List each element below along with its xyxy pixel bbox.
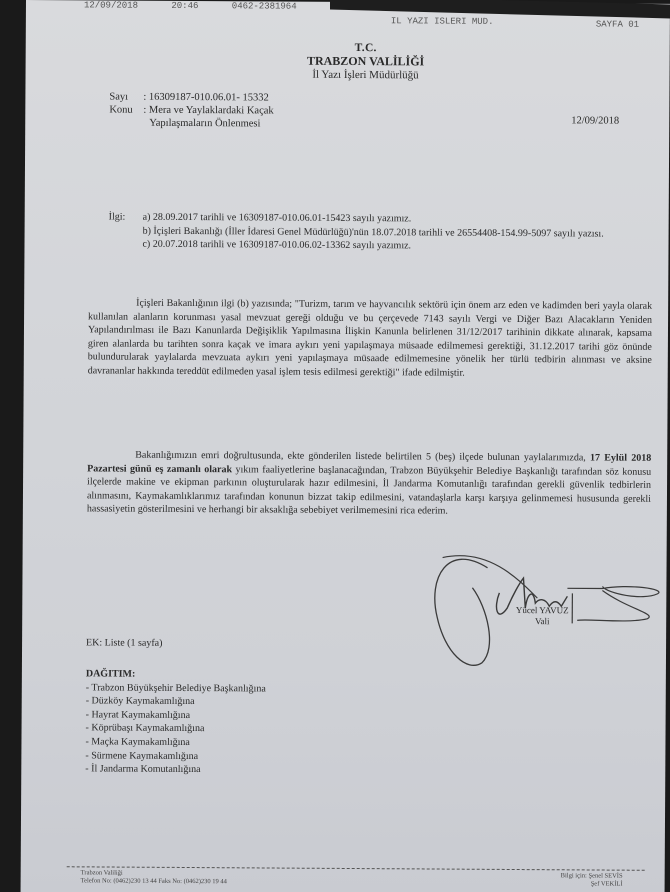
footer-info-title: Şef VEKİLİ <box>561 880 623 888</box>
distribution-item: - Hayrat Kaymakamlığına <box>86 708 266 723</box>
body-paragraph-2: Bakanlığımızın emri doğrultusunda, ekte … <box>87 448 651 519</box>
signatory-name: Yücel YAVUZ <box>502 605 582 616</box>
distribution-item: - Maçka Kaymakamlığına <box>85 735 265 750</box>
footer-contact: Trabzon Valiliği Telefon No: (0462)230 1… <box>81 869 227 886</box>
paragraph-text: Bakanlığımızın emri doğrultusunda, ekte … <box>135 450 590 464</box>
signatory-title: Vali <box>502 616 582 627</box>
fax-date: 12/09/2018 <box>84 0 138 10</box>
sayi-label: Sayı <box>109 91 143 104</box>
distribution-item: - Köprübaşı Kaymakamlığına <box>86 722 266 737</box>
reference-label: İlgi: <box>109 211 126 225</box>
konu-value-cont: Yapılaşmaların Önlenmesi <box>149 117 260 131</box>
distribution-list: DAĞITIM: - Trabzon Büyükşehir Belediye B… <box>85 667 266 777</box>
konu-value: : Mera ve Yaylaklardaki Kaçak <box>143 104 273 118</box>
fax-time: 20:46 <box>171 1 198 11</box>
konu-label: Konu <box>109 104 143 117</box>
sayi-value: : 16309187-010.06.01- 15332 <box>143 91 268 105</box>
distribution-item: - Trabzon Büyükşehir Belediye Başkanlığı… <box>86 681 266 696</box>
directorate-name: İl Yazı İşleri Müdürlüğü <box>62 67 670 83</box>
footer-phone: Telefon No: (0462)230 13 44 Faks No: (04… <box>81 877 227 886</box>
signatory: Yücel YAVUZ Vali <box>502 605 582 627</box>
footer-info-contact: Bilgi için: Şenel SEVİS <box>561 872 623 880</box>
fax-header: 12/09/2018 20:46 0462-2381964 <box>84 0 325 11</box>
fax-page-number: SAYFA 01 <box>596 19 639 29</box>
distribution-item: - İl Jandarma Komutanlığına <box>85 763 265 778</box>
document-page: 12/09/2018 20:46 0462-2381964 IL YAZI IS… <box>21 0 670 892</box>
fax-phone: 0462-2381964 <box>232 1 297 11</box>
distribution-title: DAĞITIM: <box>86 667 266 682</box>
attachment-note: EK: Liste (1 sayfa) <box>86 637 162 648</box>
distribution-item: - Düzköy Kaymakamlığına <box>86 695 266 710</box>
footer-info: Bilgi için: Şenel SEVİS Şef VEKİLİ <box>561 872 623 888</box>
distribution-item: - Sürmene Kaymakamlığına <box>85 749 265 764</box>
document-meta: Sayı : 16309187-010.06.01- 15332 Konu : … <box>109 91 274 131</box>
document-date: 12/09/2018 <box>571 115 619 126</box>
body-paragraph-1: İçişleri Bakanlığının ilgi (b) yazısında… <box>88 296 652 381</box>
letterhead: T.C. TRABZON VALİLİĞİ İl Yazı İşleri Müd… <box>26 40 670 83</box>
fax-department: IL YAZI ISLERI MUD. <box>391 16 494 27</box>
reference-section: İlgi: a) 28.09.2017 tarihli ve 16309187-… <box>108 211 648 255</box>
